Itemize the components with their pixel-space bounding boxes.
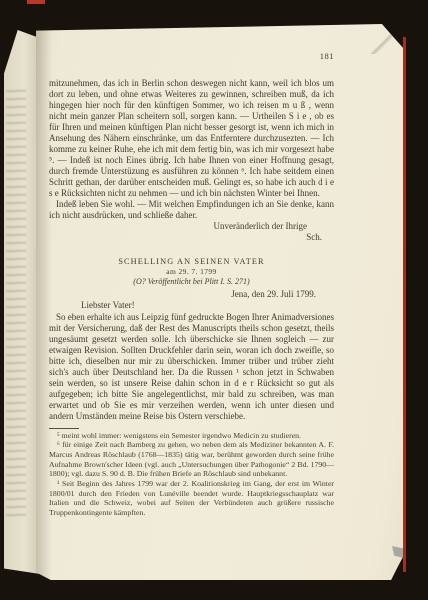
- footnote: ⁵ meint wohl immer: wenigstens ein Semes…: [49, 431, 334, 441]
- letter-body: So eben erhalte ich aus Leipzig fünf ged…: [49, 312, 334, 422]
- letter-dateline: Jena, den 29. Juli 1799.: [49, 288, 334, 300]
- letter-paragraph-continuation: mitzunehmen, das ich in Berlin schon des…: [49, 78, 334, 199]
- corner-fold-crease: [370, 24, 404, 54]
- letter-paragraph-closing: Indeß leben Sie wohl. — Mit welchen Empf…: [49, 199, 334, 221]
- letter-heading-source: (O? Veröffentlicht bei Plitt I. S. 271): [49, 277, 334, 288]
- footnotes: ⁵ meint wohl immer: wenigstens ein Semes…: [49, 431, 334, 518]
- letter-heading-title: SCHELLING AN SEINEN VATER: [49, 257, 334, 268]
- footnote: ⁶ für einige Zeit nach Bamberg zu gehen,…: [49, 440, 334, 479]
- book-cover-edge: [403, 37, 406, 572]
- footnote: ¹ Seit Beginn des Jahres 1799 war der 2.…: [49, 479, 334, 518]
- letter-valediction: Unveränderlich der Ihrige: [49, 221, 334, 232]
- page-content: 181 mitzunehmen, das ich in Berlin schon…: [49, 51, 334, 518]
- letter-heading: SCHELLING AN SEINEN VATER am 29. 7. 1799…: [49, 257, 334, 288]
- letter-salutation: Liebster Vater!: [49, 300, 334, 312]
- page-number: 181: [49, 51, 334, 62]
- footnote-separator: [49, 428, 79, 429]
- red-cover-mark: [27, 0, 45, 4]
- facing-page-edge: [4, 30, 40, 574]
- book-scan: 181 mitzunehmen, das ich in Berlin schon…: [0, 0, 428, 600]
- letter-signature: Sch.: [49, 232, 334, 244]
- letter-heading-date: am 29. 7. 1799: [49, 267, 334, 277]
